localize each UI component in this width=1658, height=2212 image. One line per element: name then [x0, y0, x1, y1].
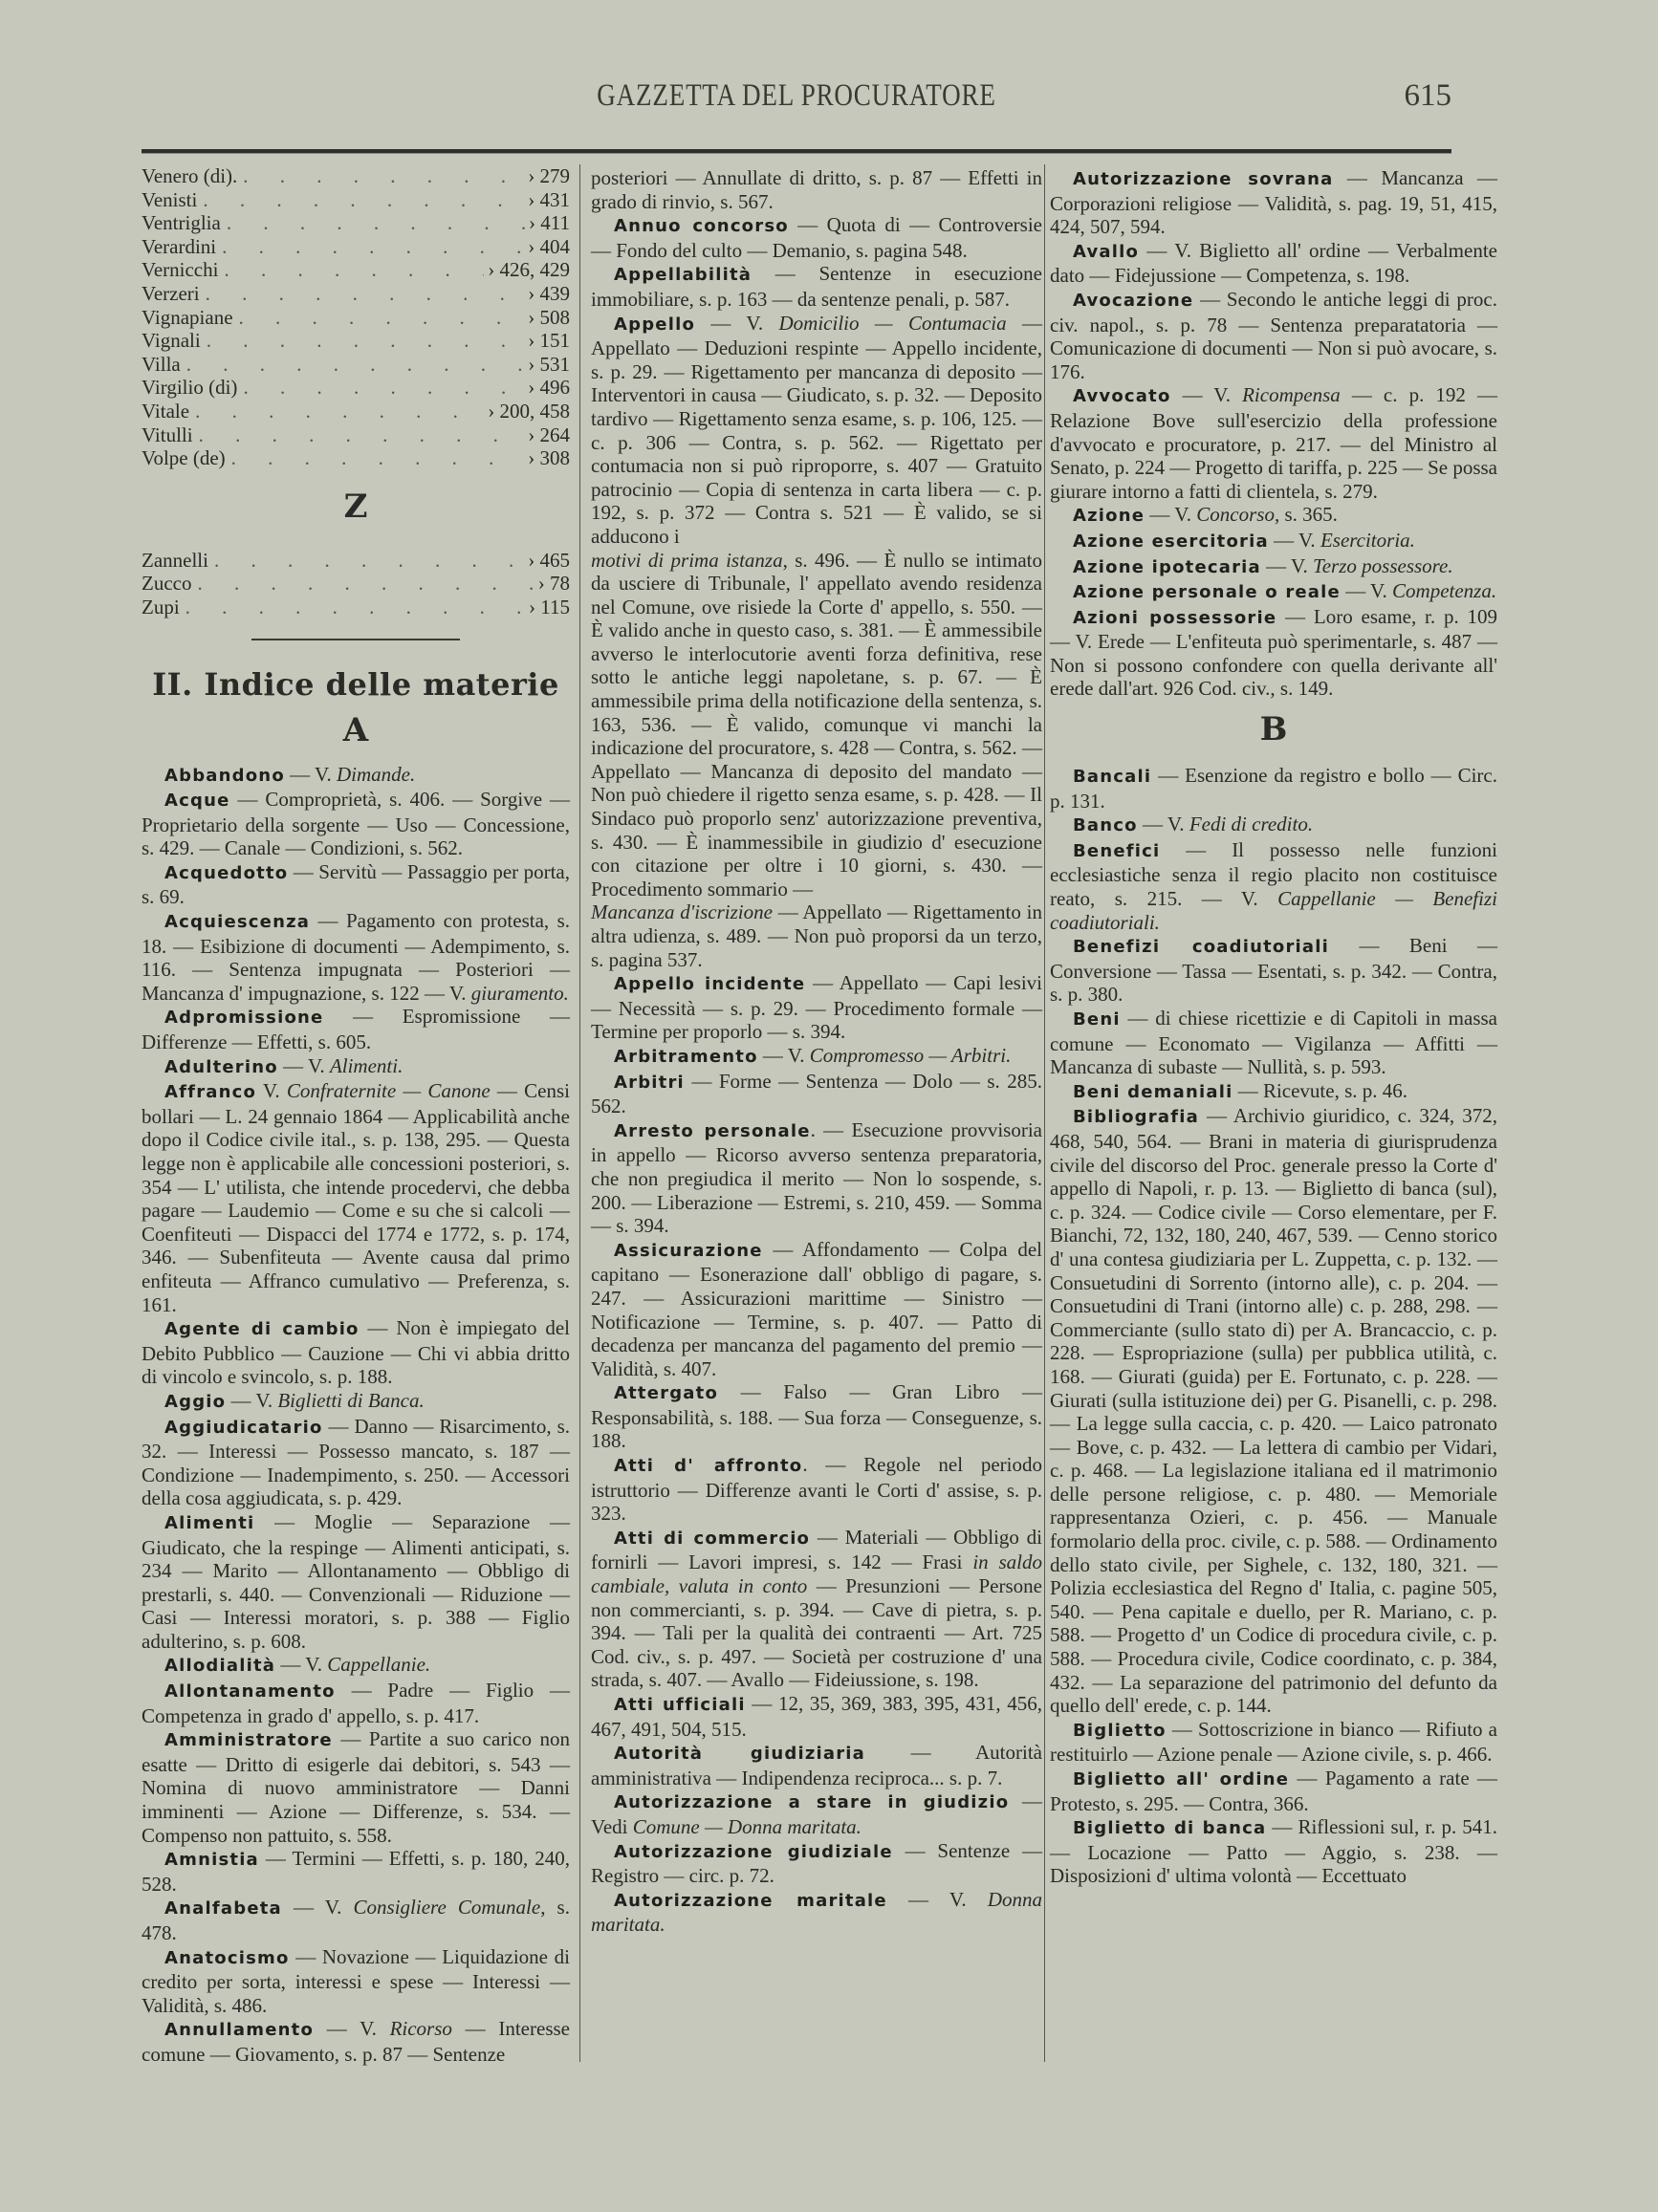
entries-list: Abbandono — V. Dimande.Acque — Compropri… [142, 763, 570, 2067]
index-entry: Mancanza d'iscrizione — Appellato — Rige… [591, 900, 1042, 971]
cross-reference: motivi di prima istanza [591, 549, 783, 572]
index-entry: Atti di commercio — Materiali — Obbligo … [591, 1526, 1042, 1692]
name-index-row: Verardini. . . . . . . . . . . . . . . .… [142, 235, 570, 259]
entry-text: — Censi bollari — L. 24 gennaio 1864 — A… [142, 1079, 570, 1315]
index-entry: Beni — di chiese ricettizie e di Capitol… [1050, 1007, 1497, 1079]
page-reference: › 426, 429 [484, 258, 570, 282]
running-title: GAZZETTA DEL PROCURATORE [259, 78, 1333, 114]
index-entry: Assicurazione — Affondamento — Colpa del… [591, 1238, 1042, 1381]
entry-heading: Biglietto di banca [1073, 1818, 1266, 1838]
entry-heading: Attergato [614, 1383, 718, 1403]
page-header: GAZZETTA DEL PROCURATORE 615 [142, 78, 1451, 126]
section-title: II. Indice delle materie [142, 665, 570, 704]
entry-text: , s. 365. [1275, 503, 1338, 526]
page-reference: › 411 [525, 211, 570, 235]
index-entry: Acque — Comproprietà, s. 406. — Sorgive … [142, 788, 570, 860]
entry-heading: Allodialità [164, 1656, 275, 1676]
leader-dots: . . . . . . . . . . . . . . . . . . . . [191, 572, 534, 596]
entry-heading: Beni demaniali [1073, 1082, 1233, 1102]
name-index-row: Vitulli. . . . . . . . . . . . . . . . .… [142, 423, 570, 447]
index-entry: Arbitri — Forme — Sentenza — Dolo — s. 2… [591, 1070, 1042, 1118]
index-entry: Amministratore — Partite a suo carico no… [142, 1727, 570, 1847]
entry-text: — V. [282, 1896, 354, 1919]
person-name: Villa [142, 353, 181, 377]
cross-reference: Compromesso — Arbitri. [810, 1044, 1012, 1067]
index-entry: Biglietto — Sottoscrizione in bianco — R… [1050, 1718, 1497, 1767]
entries-list: Bancali — Esenzione da registro e bollo … [1050, 764, 1497, 1888]
page-reference: › 78 [534, 572, 570, 596]
index-entry: Attergato — Falso — Gran Libro — Respons… [591, 1380, 1042, 1453]
leader-dots: . . . . . . . . . . . . . . . . . . . . [216, 235, 524, 259]
entry-heading: Acquedotto [164, 863, 288, 883]
cross-reference: Esercitoria. [1320, 529, 1415, 552]
letter-heading-a: A [142, 711, 570, 749]
index-entry: Azione ipotecaria — V. Terzo possessore. [1050, 554, 1497, 580]
entry-text: — V. [1341, 579, 1392, 602]
person-name: Volpe (de) [142, 446, 226, 470]
index-entry: Adulterino — V. Alimenti. [142, 1054, 570, 1080]
index-entry: Banco — V. Fedi di credito. [1050, 813, 1497, 838]
person-name: Vitale [142, 400, 189, 423]
column-2: posteriori — Annullate di dritto, s. p. … [591, 166, 1042, 1937]
person-name: Ventriglia [142, 211, 221, 235]
leader-dots: . . . . . . . . . . . . . . . . . . . . [189, 400, 484, 423]
cross-reference: giuramento. [471, 982, 569, 1005]
person-name: Virgilio (di) [142, 376, 237, 400]
index-entry: Atti d' affronto. — Regole nel periodo i… [591, 1453, 1042, 1526]
index-entry: Agente di cambio — Non è impiegato del D… [142, 1316, 570, 1389]
cross-reference: Ricompensa [1242, 383, 1341, 406]
entry-heading: Annuo concorso [614, 216, 789, 236]
person-name: Vignali [142, 329, 201, 353]
entry-heading: Autorità giudiziaria [614, 1744, 865, 1764]
entry-text: — V. [1261, 554, 1313, 577]
page-reference: › 200, 458 [484, 400, 570, 423]
index-entry: Autorizzazione giudiziale — Sentenze — R… [591, 1839, 1042, 1888]
entry-heading: Benefizi coadiutoriali [1073, 937, 1329, 957]
entry-heading: Biglietto all' ordine [1073, 1769, 1289, 1789]
leader-dots: . . . . . . . . . . . . . . . . . . . . [233, 306, 525, 330]
entry-heading: Assicurazione [614, 1241, 763, 1261]
index-entry: Atti ufficiali — 12, 35, 369, 383, 395, … [591, 1692, 1042, 1741]
cross-reference: Fedi di credito. [1189, 813, 1313, 835]
index-entry: Avvocato — V. Ricompensa — c. p. 192 — R… [1050, 383, 1497, 503]
index-entry: Autorizzazione maritale — V. Donna marit… [591, 1888, 1042, 1937]
index-entry: Benefizi coadiutoriali — Beni — Conversi… [1050, 934, 1497, 1007]
index-entry: motivi di prima istanza, s. 496. — È nul… [591, 549, 1042, 901]
index-entry: Avocazione — Secondo le antiche leggi di… [1050, 288, 1497, 383]
entry-heading: Allontanamento [164, 1681, 336, 1702]
column-1: Venero (di).. . . . . . . . . . . . . . … [142, 164, 570, 2067]
person-name: Zupi [142, 596, 180, 619]
leader-dots: . . . . . . . . . . . . . . . . . . . . [181, 353, 525, 377]
index-entry: Aggio — V. Biglietti di Banca. [142, 1389, 570, 1415]
letter-heading-b: B [1050, 710, 1497, 748]
page-reference: › 279 [524, 164, 570, 188]
leader-dots: . . . . . . . . . . . . . . . . . . . . [200, 282, 525, 306]
names-list-z: Zannelli. . . . . . . . . . . . . . . . … [142, 549, 570, 619]
entry-heading: Abbandono [164, 766, 285, 786]
entry-heading: Beni [1073, 1009, 1121, 1030]
entry-heading: Avocazione [1073, 291, 1193, 311]
entry-text: , s. 496. — È nullo se intimato da uscie… [591, 549, 1042, 900]
letter-heading-z: Z [142, 488, 570, 526]
index-entry: Appello — V. Domicilio — Contumacia — Ap… [591, 312, 1042, 549]
entry-heading: Arbitri [614, 1073, 685, 1093]
name-index-row: Volpe (de). . . . . . . . . . . . . . . … [142, 446, 570, 470]
entry-heading: Aggio [164, 1392, 226, 1412]
column-3: Autorizzazione sovrana — Mancanza — Corp… [1050, 166, 1497, 1888]
index-entry: Biglietto di banca — Riflessioni sul, r.… [1050, 1815, 1497, 1888]
header-rule [142, 149, 1451, 154]
entry-text: — V. [1269, 529, 1320, 552]
index-entry: Acquedotto — Servitù — Passaggio per por… [142, 860, 570, 909]
entry-heading: Azioni possessorie [1073, 608, 1276, 628]
entry-heading: Bibliografia [1073, 1107, 1199, 1127]
page-reference: › 151 [524, 329, 570, 353]
page-reference: › 439 [524, 282, 570, 306]
entry-heading: Annullamento [164, 2020, 314, 2040]
name-index-row: Venisti. . . . . . . . . . . . . . . . .… [142, 188, 570, 212]
entry-heading: Atti ufficiali [614, 1695, 746, 1715]
cross-reference: Dimande. [337, 763, 415, 786]
name-index-row: Vignali. . . . . . . . . . . . . . . . .… [142, 329, 570, 353]
entry-heading: Avvocato [1073, 386, 1171, 406]
entry-text: — V. [1145, 503, 1196, 526]
cross-reference: Biglietti di Banca. [277, 1389, 424, 1412]
entry-heading: Banco [1073, 815, 1138, 835]
leader-dots: . . . . . . . . . . . . . . . . . . . . [237, 376, 524, 400]
index-entry: Autorizzazione a stare in giudizio — Ved… [591, 1789, 1042, 1838]
index-entry: Acquiescenza — Pagamento con protesta, s… [142, 909, 570, 1005]
leader-dots: . . . . . . . . . . . . . . . . . . . . [197, 188, 524, 212]
person-name: Vernicchi [142, 258, 218, 282]
entry-heading: Adpromissione [164, 1008, 323, 1028]
index-entry: Adpromissione — Espromissione — Differen… [142, 1005, 570, 1053]
entry-heading: Autorizzazione maritale [614, 1891, 887, 1911]
entry-text: — V. [285, 763, 337, 786]
column-divider [1044, 164, 1045, 2062]
index-entry: Abbandono — V. Dimande. [142, 763, 570, 789]
entry-heading: Autorizzazione a stare in giudizio [614, 1792, 1009, 1812]
index-entry: Avallo — V. Biglietto all' ordine — Verb… [1050, 239, 1497, 288]
cross-reference: Confraternite — Canone [287, 1079, 491, 1102]
index-entry: Allodialità — V. Cappellanie. [142, 1653, 570, 1679]
continued-entry: posteriori — Annullate di dritto, s. p. … [591, 166, 1042, 213]
leader-dots: . . . . . . . . . . . . . . . . . . . . [218, 258, 484, 282]
index-entry: Benefici — Il possesso nelle funzioni ec… [1050, 838, 1497, 934]
leader-dots: . . . . . . . . . . . . . . . . . . . . [201, 329, 525, 353]
entry-heading: Appello [614, 314, 695, 335]
person-name: Vignapiane [142, 306, 233, 330]
cross-reference: Ricorso [390, 2017, 452, 2040]
leader-dots: . . . . . . . . . . . . . . . . . . . . [193, 423, 525, 447]
page-reference: › 508 [524, 306, 570, 330]
leader-dots: . . . . . . . . . . . . . . . . . . . . [208, 549, 524, 573]
entry-heading: Arresto personale [614, 1121, 811, 1141]
entry-text: — V. [278, 1054, 330, 1077]
index-entry: Appellabilità — Sentenze in esecuzione i… [591, 262, 1042, 311]
index-entry: Autorizzazione sovrana — Mancanza — Corp… [1050, 166, 1497, 239]
entry-heading: Appello incidente [614, 974, 805, 994]
entry-heading: Agente di cambio [164, 1319, 360, 1339]
name-index-row: Villa. . . . . . . . . . . . . . . . . .… [142, 353, 570, 377]
index-entry: Bibliografia — Archivio giuridico, c. 32… [1050, 1104, 1497, 1717]
index-entry: Azione — V. Concorso, s. 365. [1050, 503, 1497, 529]
entry-heading: Azione personale o reale [1073, 582, 1341, 602]
person-name: Zucco [142, 572, 191, 596]
index-entry: Azione personale o reale — V. Competenza… [1050, 579, 1497, 605]
names-list-v: Venero (di).. . . . . . . . . . . . . . … [142, 164, 570, 470]
person-name: Verardini [142, 235, 216, 259]
page-reference: › 531 [524, 353, 570, 377]
entry-text: — Archivio giuridico, c. 324, 372, 468, … [1050, 1104, 1497, 1717]
leader-dots: . . . . . . . . . . . . . . . . . . . . [221, 211, 525, 235]
person-name: Zannelli [142, 549, 208, 573]
entry-text: V. [256, 1079, 287, 1102]
page-reference: › 431 [524, 188, 570, 212]
cross-reference: Domicilio — Contumacia [779, 312, 1007, 335]
cross-reference: Concorso [1196, 503, 1275, 526]
index-entry: Azioni possessorie — Loro esame, r. p. 1… [1050, 605, 1497, 701]
cross-reference: Alimenti. [330, 1054, 403, 1077]
index-entry: Arresto personale. — Esecuzione provviso… [591, 1118, 1042, 1238]
name-index-row: Vignapiane. . . . . . . . . . . . . . . … [142, 306, 570, 330]
index-entry: Annullamento — V. Ricorso — Interesse co… [142, 2017, 570, 2066]
name-index-row: Zupi. . . . . . . . . . . . . . . . . . … [142, 596, 570, 619]
cross-reference: Consigliere Comunale [354, 1896, 541, 1919]
entry-heading: Autorizzazione giudiziale [614, 1842, 893, 1862]
page-reference: › 308 [524, 446, 570, 470]
entry-heading: Acque [164, 791, 230, 811]
cross-reference: Comune — Donna maritata. [633, 1815, 862, 1838]
cross-reference: Terzo possessore. [1313, 554, 1453, 577]
entry-heading: Azione [1073, 506, 1145, 526]
index-entry: Aggiudicatario — Danno — Risarcimento, s… [142, 1415, 570, 1510]
entry-heading: Arbitramento [614, 1047, 758, 1067]
person-name: Venisti [142, 188, 197, 212]
entry-heading: Amministratore [164, 1730, 333, 1750]
name-index-row: Zannelli. . . . . . . . . . . . . . . . … [142, 549, 570, 573]
leader-dots: . . . . . . . . . . . . . . . . . . . . [226, 446, 525, 470]
name-index-row: Virgilio (di). . . . . . . . . . . . . .… [142, 376, 570, 400]
page-reference: › 465 [524, 549, 570, 573]
entry-heading: Atti di commercio [614, 1529, 810, 1549]
name-index-row: Zucco. . . . . . . . . . . . . . . . . .… [142, 572, 570, 596]
entry-heading: Anatocismo [164, 1948, 290, 1968]
index-entry: Analfabeta — V. Consigliere Comunale, s.… [142, 1896, 570, 1944]
name-index-row: Vitale. . . . . . . . . . . . . . . . . … [142, 400, 570, 423]
entry-text: — V. [758, 1044, 810, 1067]
page-reference: › 404 [524, 235, 570, 259]
cross-reference: Cappellanie. [327, 1653, 430, 1676]
entry-heading: Azione ipotecaria [1073, 557, 1261, 577]
entries-list: Autorizzazione sovrana — Mancanza — Corp… [1050, 166, 1497, 701]
entry-text: — Appellato — Deduzioni respinte — Appel… [591, 312, 1042, 548]
index-entry: Alimenti — Moglie — Separazione — Giudic… [142, 1510, 570, 1654]
entry-heading: Amnistia [164, 1850, 259, 1870]
page-reference: › 115 [525, 596, 570, 619]
index-entry: Azione esercitoria — V. Esercitoria. [1050, 529, 1497, 554]
person-name: Verzeri [142, 282, 200, 306]
index-entry: Biglietto all' ordine — Pagamento a rate… [1050, 1767, 1497, 1815]
name-index-row: Ventriglia. . . . . . . . . . . . . . . … [142, 211, 570, 235]
entry-heading: Adulterino [164, 1057, 278, 1077]
page-reference: › 496 [524, 376, 570, 400]
index-entry: Allontanamento — Padre — Figlio — Compet… [142, 1679, 570, 1727]
index-entry: Autorità giudiziaria — Autorità amminist… [591, 1741, 1042, 1789]
index-entry: Annuo concorso — Quota di — Controversie… [591, 213, 1042, 262]
leader-dots: . . . . . . . . . . . . . . . . . . . . [237, 164, 524, 188]
cross-reference: Mancanza d'iscrizione [591, 900, 773, 923]
entry-heading: Biglietto [1073, 1721, 1167, 1741]
page-number: 615 [1405, 78, 1452, 114]
name-index-row: Vernicchi. . . . . . . . . . . . . . . .… [142, 258, 570, 282]
entry-heading: Affranco [164, 1082, 256, 1102]
entry-text: — V. [314, 2017, 390, 2040]
leader-dots: . . . . . . . . . . . . . . . . . . . . [180, 596, 525, 619]
index-entry: Amnistia — Termini — Effetti, s. p. 180,… [142, 1847, 570, 1896]
entry-heading: Acquiescenza [164, 912, 310, 932]
index-entry: Appello incidente — Appellato — Capi les… [591, 971, 1042, 1044]
entry-heading: Autorizzazione sovrana [1073, 169, 1334, 189]
person-name: Vitulli [142, 423, 193, 447]
entry-heading: Aggiudicatario [164, 1418, 323, 1438]
entry-heading: Appellabilità [614, 265, 752, 285]
entry-text: — V. [1171, 383, 1243, 406]
entry-heading: Alimenti [164, 1513, 254, 1533]
person-name: Venero (di). [142, 164, 237, 188]
index-entry: Beni demaniali — Ricevute, s. p. 46. [1050, 1079, 1497, 1105]
entry-text: — Ricevute, s. p. 46. [1233, 1079, 1407, 1102]
entry-heading: Avallo [1073, 242, 1139, 262]
cross-reference: Competenza. [1392, 579, 1496, 602]
entry-heading: Atti d' affronto [614, 1456, 802, 1476]
entry-text: — V. [695, 312, 779, 335]
column-divider [579, 164, 580, 2062]
index-entry: Bancali — Esenzione da registro e bollo … [1050, 764, 1497, 813]
section-rule [251, 639, 460, 640]
entry-heading: Benefici [1073, 841, 1160, 861]
entry-text: — V. [275, 1653, 327, 1676]
entries-list: Annuo concorso — Quota di — Controversie… [591, 213, 1042, 1937]
entry-heading: Azione esercitoria [1073, 531, 1269, 552]
entry-text: — V. [1138, 813, 1189, 835]
entry-heading: Bancali [1073, 767, 1151, 787]
name-index-row: Venero (di).. . . . . . . . . . . . . . … [142, 164, 570, 188]
name-index-row: Verzeri. . . . . . . . . . . . . . . . .… [142, 282, 570, 306]
entry-heading: Analfabeta [164, 1898, 282, 1919]
entry-text: — V. [887, 1888, 988, 1911]
index-entry: Anatocismo — Novazione — Liquidazione di… [142, 1945, 570, 2018]
page-reference: › 264 [524, 423, 570, 447]
index-entry: Affranco V. Confraternite — Canone — Cen… [142, 1079, 570, 1316]
index-entry: Arbitramento — V. Compromesso — Arbitri. [591, 1044, 1042, 1070]
entry-text: — V. [226, 1389, 277, 1412]
